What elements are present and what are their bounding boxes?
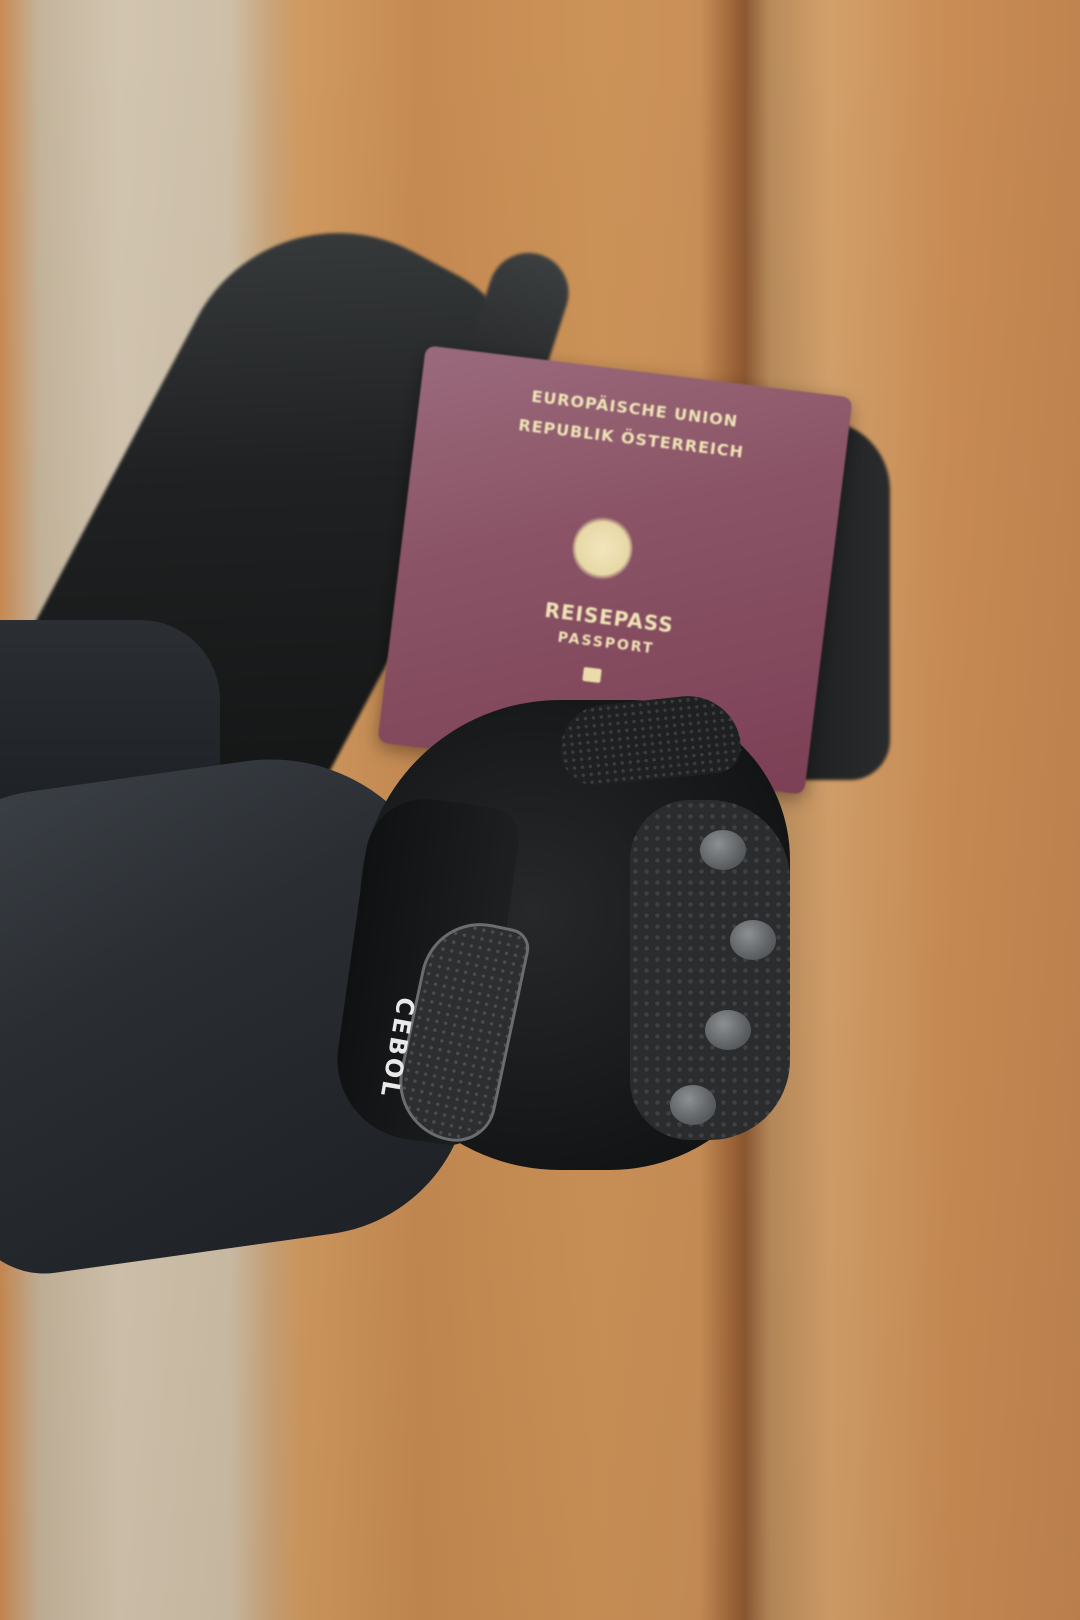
knuckle-pad-icon (705, 1010, 751, 1050)
knuckle-guard (630, 800, 790, 1140)
knuckle-pad-icon (670, 1085, 716, 1125)
biometric-chip-icon (582, 667, 602, 683)
coat-of-arms-icon (569, 513, 636, 584)
knuckle-pad-icon (700, 830, 746, 870)
knuckle-pad-icon (730, 920, 776, 960)
photo-scene: EUROPÄISCHE UNION REPUBLIK ÖSTERREICH RE… (0, 0, 1080, 1620)
